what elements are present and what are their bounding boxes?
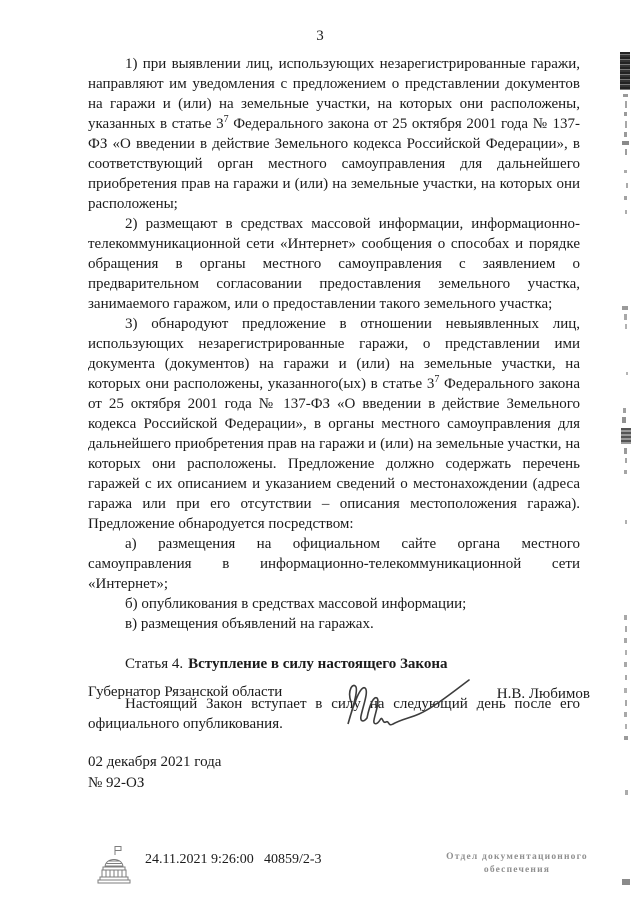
scan-artifact <box>625 324 627 329</box>
registration-datetime: 24.11.2021 9:26:00 <box>145 852 254 868</box>
scan-artifact <box>625 724 627 729</box>
scan-artifact <box>622 141 629 145</box>
document-number: № 92-ОЗ <box>88 773 221 794</box>
subitem-v: в) размещения объявлений на гаражах. <box>88 614 580 634</box>
scan-artifact <box>624 638 627 643</box>
document-page: 3 1) при выявлении лиц, использующих нез… <box>0 0 640 905</box>
signature-icon <box>333 672 473 747</box>
scan-artifact <box>624 712 627 717</box>
scan-artifact <box>625 520 627 524</box>
scan-artifact <box>620 52 630 90</box>
signer-title: Губернатор Рязанской области <box>88 684 282 701</box>
scan-artifact <box>625 149 627 155</box>
subitem-b: б) опубликования в средствах массовой ин… <box>88 594 580 614</box>
scan-artifact <box>624 314 627 320</box>
scan-artifact <box>622 879 630 885</box>
scan-artifact <box>624 448 627 454</box>
scan-artifact <box>624 662 627 667</box>
paragraph-1: 1) при выявлении лиц, использующих незар… <box>88 54 580 214</box>
subitem-a: а) размещения на официальном сайте орган… <box>88 534 580 594</box>
coat-of-arms-building-icon <box>90 845 138 892</box>
scan-artifact <box>626 372 628 375</box>
scan-artifact <box>622 306 628 310</box>
scan-artifact <box>624 736 628 740</box>
article-4-label: Статья 4. <box>125 656 183 672</box>
scan-artifact <box>625 101 627 108</box>
scan-artifact <box>625 700 627 706</box>
signature-block: Губернатор Рязанской области Н.В. Любимо… <box>88 684 590 744</box>
scan-artifact <box>625 650 627 655</box>
scan-artifact <box>623 94 628 97</box>
scan-artifact <box>624 470 627 474</box>
scan-artifact <box>624 615 627 620</box>
scan-artifact <box>625 458 627 463</box>
scan-artifact <box>624 132 627 137</box>
document-date: 02 декабря 2021 года <box>88 752 221 773</box>
scan-artifact <box>621 428 631 444</box>
department-stamp-line2: обеспечения <box>484 865 550 875</box>
registration-number: 40859/2-3 <box>264 852 322 868</box>
scan-artifact <box>624 170 627 173</box>
scan-artifact <box>624 688 627 693</box>
scan-artifact <box>624 196 627 200</box>
scan-artifact <box>625 790 628 795</box>
date-number-block: 02 декабря 2021 года № 92-ОЗ <box>88 752 221 794</box>
scan-artifact <box>625 210 627 214</box>
scan-artifact <box>624 112 627 116</box>
department-stamp-line1: Отдел документационного <box>446 852 588 862</box>
scan-artifact <box>625 626 627 632</box>
paragraph-3-text-cont: Федерального закона от 25 октября 2001 г… <box>88 376 580 532</box>
paragraph-2: 2) размещают в средствах массовой информ… <box>88 214 580 314</box>
scan-artifact <box>623 408 626 413</box>
article-4-heading: Статья 4.Вступление в силу настоящего За… <box>88 654 580 674</box>
scan-artifact <box>625 675 627 680</box>
signer-name: Н.В. Любимов <box>497 686 590 703</box>
paragraph-3: 3) обнародуют предложение в отношении не… <box>88 314 580 534</box>
scan-artifact <box>626 183 628 188</box>
page-number: 3 <box>0 28 640 45</box>
scan-artifact <box>625 121 627 128</box>
article-4-title: Вступление в силу настоящего Закона <box>188 656 447 672</box>
scan-artifact <box>622 417 626 423</box>
document-body: 1) при выявлении лиц, использующих незар… <box>88 54 580 734</box>
department-stamp: Отдел документационного обеспечения <box>428 851 606 877</box>
